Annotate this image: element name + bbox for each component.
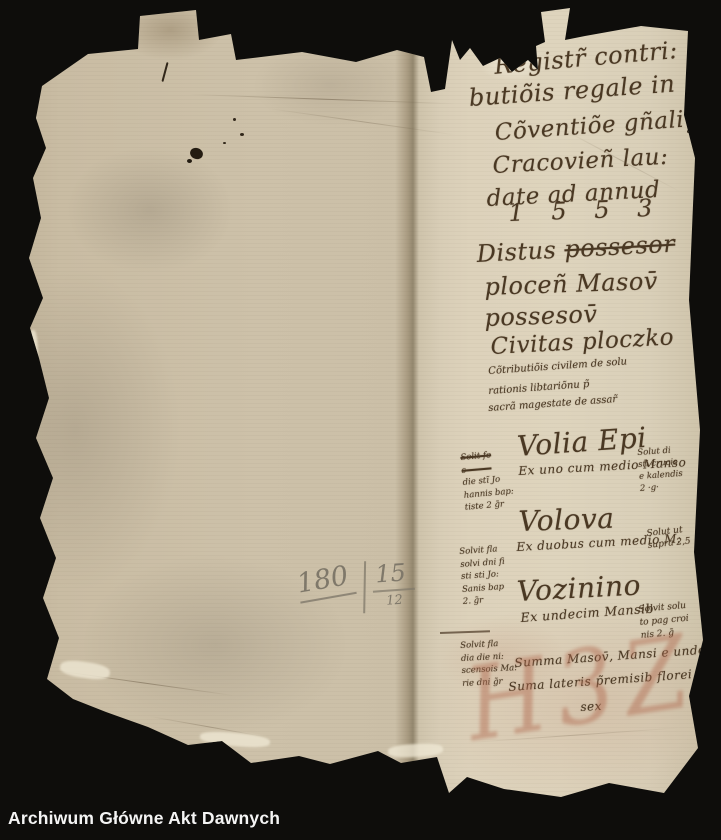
torn-edge-highlight [28,330,38,390]
note-paragraph-line: sacrã magestate de assar̃ [488,394,618,414]
torn-edge-highlight [59,659,111,682]
ink-speck [687,130,690,133]
pencil-annotation: 180 15 12 [296,558,416,618]
ink-speck [233,118,236,121]
ink-speck [223,142,226,144]
crease-line [268,108,456,135]
volia-right-note: Solut di sti crucis e kalendis 2 ·g· [637,444,684,495]
struck-word: possesor [564,230,676,264]
note-paragraph-line: Cõtributiõis civilem de solu [488,356,627,377]
owner-line: ploceñ Masov̄ [484,267,658,301]
pencil-fraction: 15 12 [370,558,416,610]
archive-watermark: Archiwum Główne Akt Dawnych [8,808,280,829]
torn-edge-highlight [22,95,36,165]
manuscript-paper: Registr̃ contri: butiõis regale in Cõven… [0,0,721,840]
torn-edge-highlight [200,730,271,749]
owner-line: Distus possesor [476,230,676,268]
section-heading-volia: Volia Epi [516,421,648,463]
year-digits: 1 5 5 3 [508,194,663,227]
ink-speck [161,62,168,82]
ink-speck [240,133,244,136]
pencil-number-right: 15 [370,558,415,593]
torn-edge-highlight [388,743,444,759]
ink-blot [187,159,192,163]
section-heading-volova: Volova [518,502,615,538]
note-line: 2 ·g· [640,480,684,495]
note-paragraph-line: rationis libtariõnu p̃ [488,379,590,397]
volia-left-note: Solit fe s——— die stĩ Jo hannis bap: tis… [460,448,515,515]
volova-right-note: Solut ut supra 2,5 [646,524,691,552]
pencil-number-left: 180 [295,559,357,603]
title-line: Cracovieñ lau: [492,144,669,179]
owner-line: possesov̄ [484,300,598,332]
volova-left-note: Solvit fla solvi dni fi sti sti Jo: Sani… [459,543,508,608]
pencil-number-bottom: 12 [386,591,404,609]
owner-line-text: Distus [476,235,565,268]
title-line: Cõventiõe gñali [494,107,685,146]
photo-stage: Registr̃ contri: butiõis regale in Cõven… [0,0,721,840]
note-line: 2. g̃r [462,593,507,609]
red-chalk-inscription: H3ZS [458,600,721,764]
margin-dash [440,630,490,633]
pencil-divider [363,561,366,613]
crease-line [190,94,455,104]
